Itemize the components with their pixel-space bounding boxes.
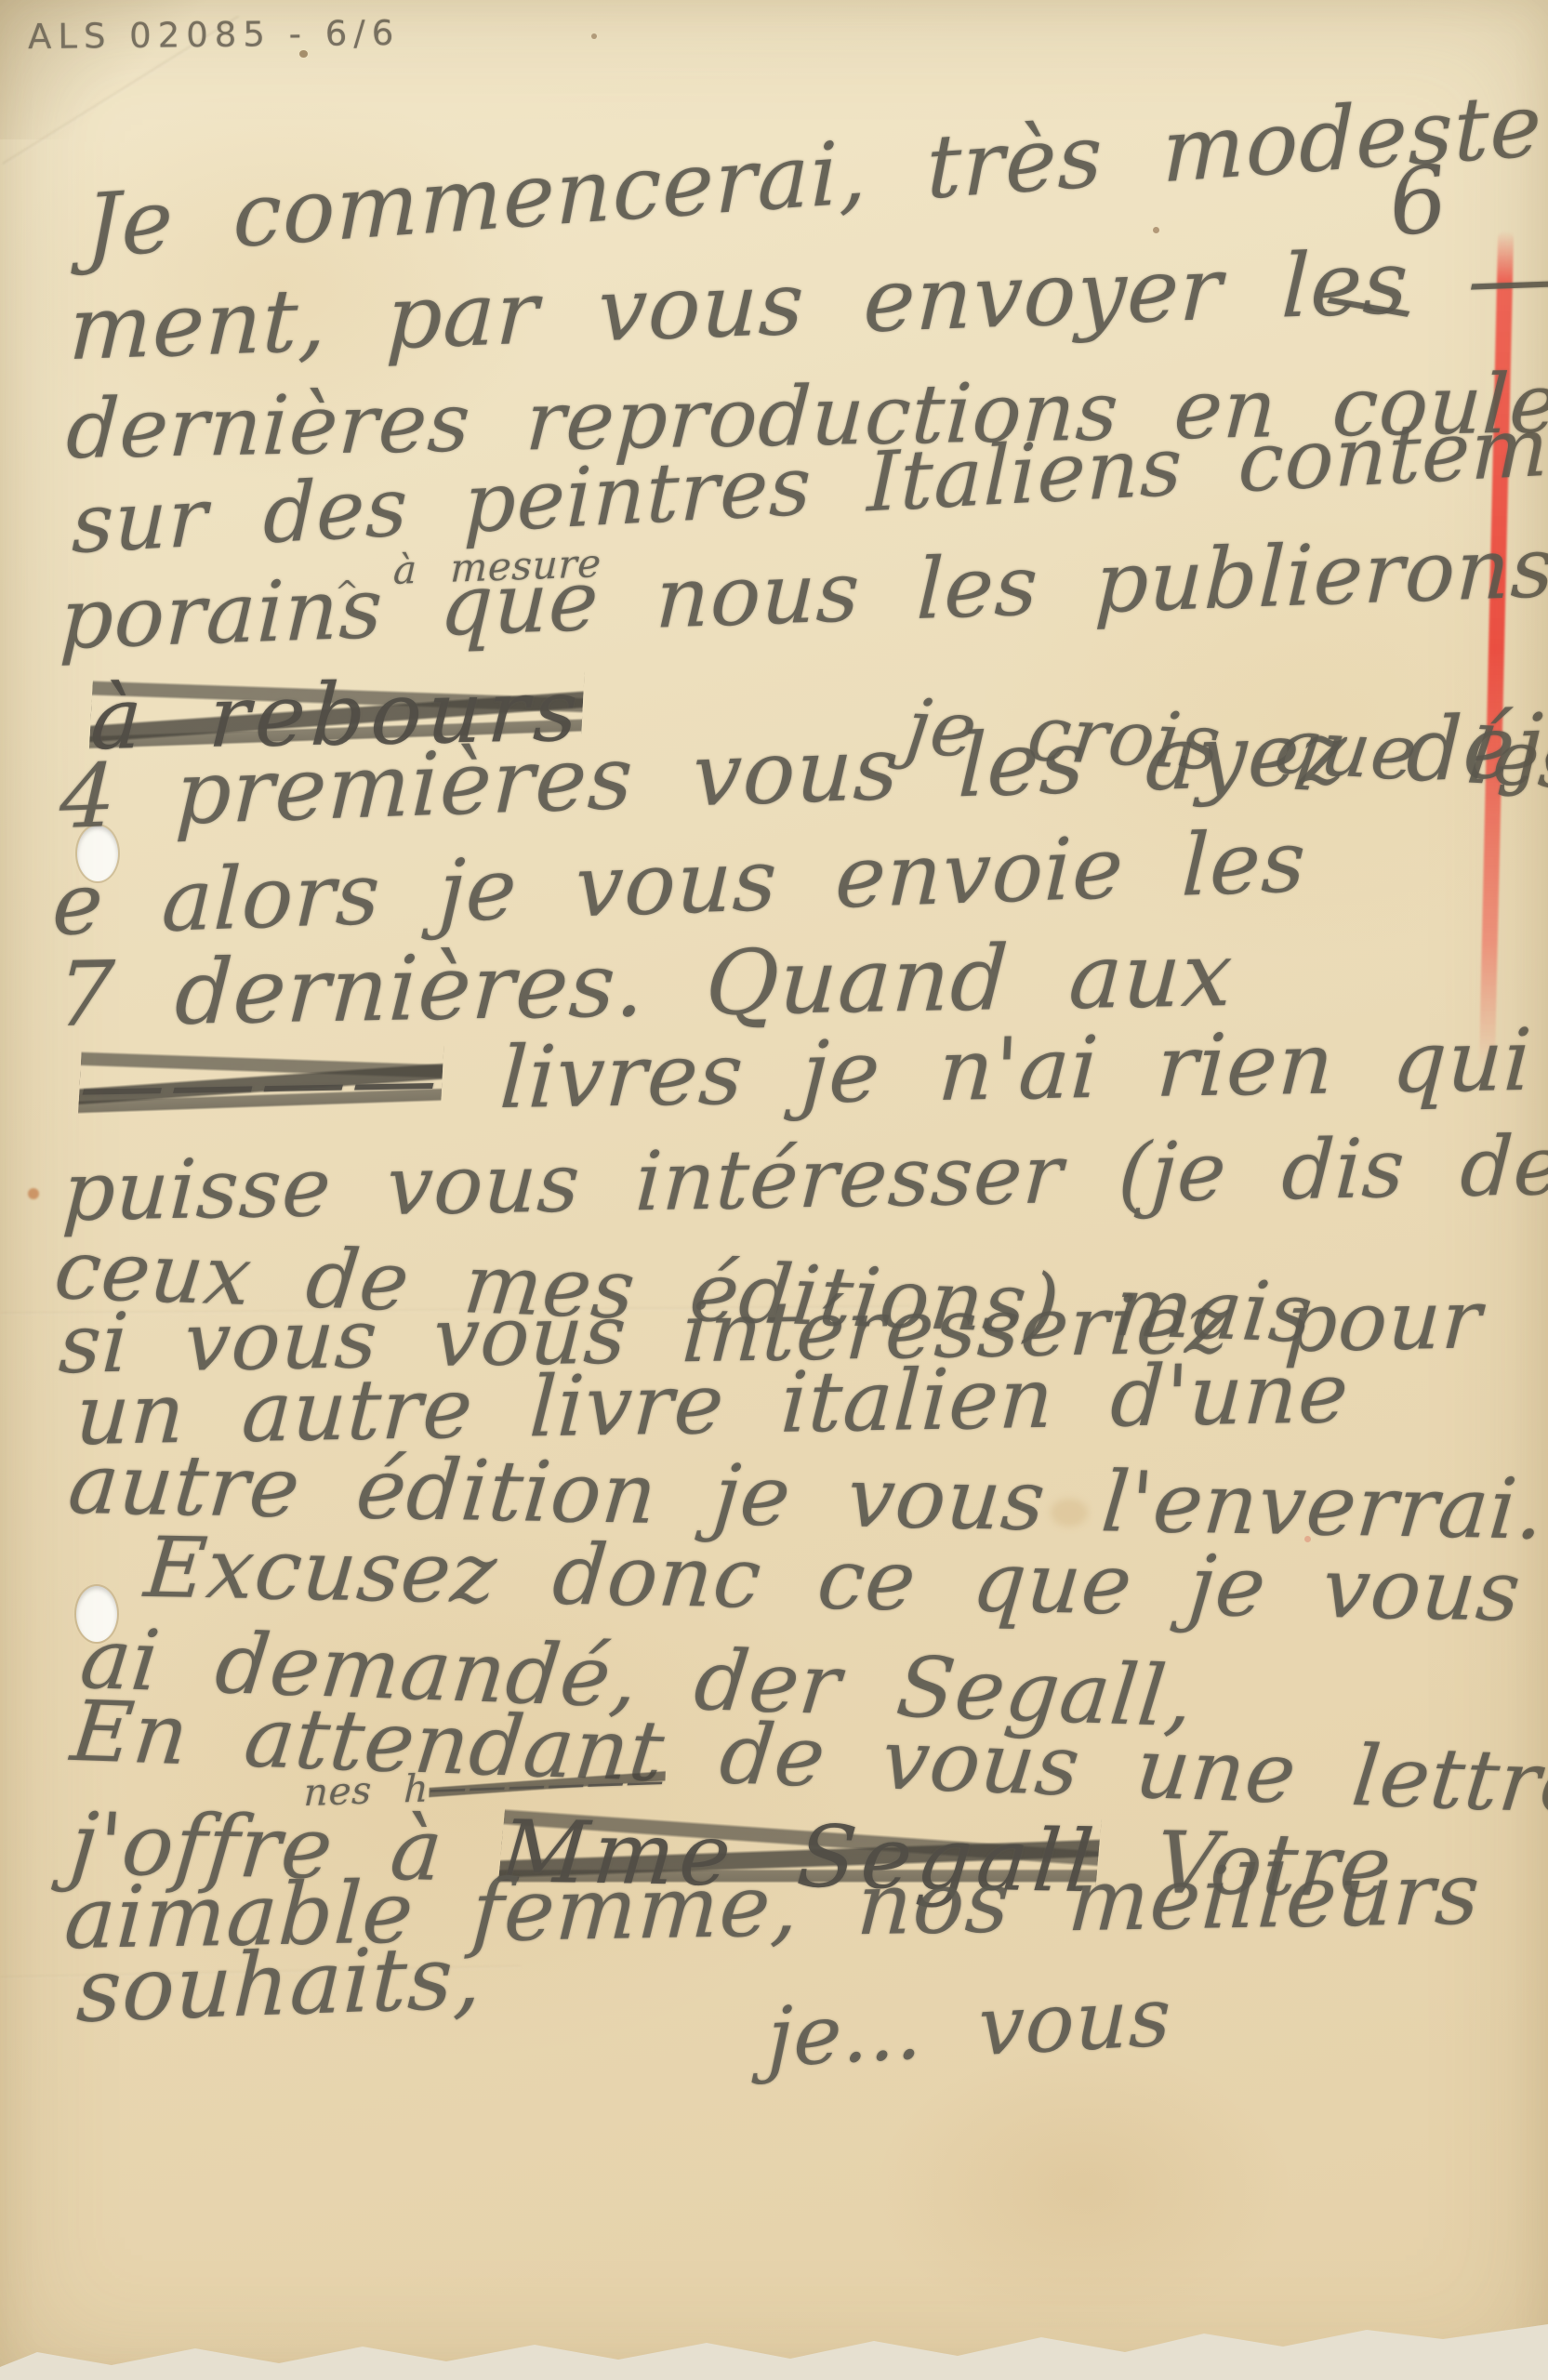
line-21: souhaits, [75, 1935, 483, 2036]
scanned-letter-page: ALS 02085 - 6/6 6 Je commencerai, très m… [0, 0, 1548, 2380]
handwritten-letter-body: Je commencerai, très modeste—ment, par v… [0, 0, 1548, 2380]
letter-text-segment: souhaits, [74, 1927, 483, 2043]
line-10: ———— livres je n'ai rien qui [77, 1018, 1534, 1129]
paper-sheet: ALS 02085 - 6/6 6 Je commencerai, très m… [0, 0, 1548, 2380]
letter-text-segment: puisse vous intéresser (je dis de [60, 1117, 1548, 1239]
letter-text-segment: je... vous [766, 1968, 1172, 2085]
line-16: Excusez donc ce que je vous [141, 1527, 1524, 1634]
line-11: puisse vous intéresser (je dis de [60, 1125, 1548, 1233]
letter-text-segment: ———— [77, 1029, 445, 1135]
line-22: je... vous [766, 1976, 1171, 2079]
letter-text-segment: livres je n'ai rien qui [440, 1011, 1535, 1130]
